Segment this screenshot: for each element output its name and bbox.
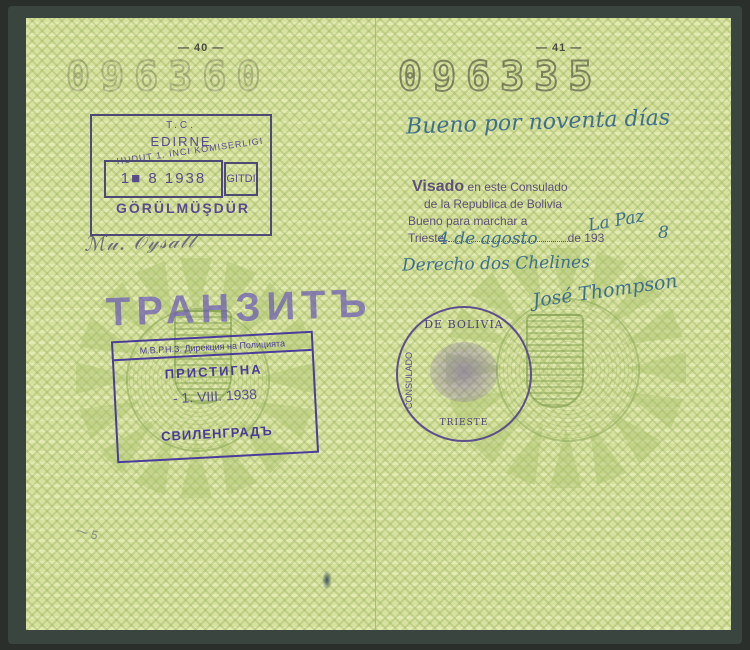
visa-title: Visado [412, 178, 464, 195]
stamp-arc-text: T.C. [92, 120, 270, 131]
perforated-serial: 096335 [398, 54, 603, 100]
handwritten-year-digit: 8 [658, 223, 669, 243]
seal-side-text: CONSULADO [404, 352, 414, 409]
visa-line2: de la Republica de Bolivia [412, 196, 604, 213]
visa-line1: en este Consulado [468, 180, 568, 194]
visa-line3: Bueno para marchar a [408, 213, 604, 230]
consular-seal: DE BOLIVIA CONSULADO TRIESTE [396, 306, 532, 442]
page-number: — 40 — [178, 42, 224, 54]
transit-stamp: ТРАНЗИТЪ [105, 281, 373, 335]
page-number: — 41 — [536, 42, 582, 54]
stamp-seen: GÖRÜLMÜŞDÜR [94, 200, 272, 216]
seal-bottom-text: TRIESTE [398, 418, 530, 428]
left-page: — 40 — 096360 T.C. EDIRNE HUDUT 1. INCI … [26, 18, 376, 630]
perforated-serial: 096360 [66, 54, 271, 100]
stamp-arrival: ПРИСТИГНА [114, 359, 313, 384]
stamp-header: М.В.Р.Н.З. Дирекция на Полицията [113, 335, 312, 361]
handwritten-fee: Derecho dos Chelines [402, 252, 590, 275]
coat-of-arms-watermark [526, 314, 584, 408]
seal-top-text: DE BOLIVIA [398, 318, 530, 331]
svilengrad-police-stamp: М.В.Р.Н.З. Дирекция на Полицията ПРИСТИГ… [111, 331, 319, 463]
handwritten-validity: Bueno por noventa días [406, 105, 671, 139]
officer-signature: ℳ𝓊. 𝒪𝓎𝓈𝒶𝓁𝓁 [84, 228, 196, 256]
edirne-border-stamp: T.C. EDIRNE HUDUT 1. INCI KOMISERLIGI 1■… [90, 114, 272, 236]
right-page: — 41 — 096335 Bueno por noventa días Vis… [376, 18, 731, 630]
stamp-direction: GITDI [224, 162, 258, 196]
handwritten-date: 4 de agosto [438, 229, 538, 249]
stamp-date: 1■ 8 1938 [104, 160, 223, 198]
pencil-mark: ⁓ 5 [75, 523, 100, 542]
stamp-town: СВИЛЕНГРАДЪ [118, 421, 317, 446]
stamp-date: - 1. VIII. 1938 [116, 383, 315, 409]
spine-ink-stain [322, 570, 332, 590]
seal-emblem [430, 342, 498, 402]
